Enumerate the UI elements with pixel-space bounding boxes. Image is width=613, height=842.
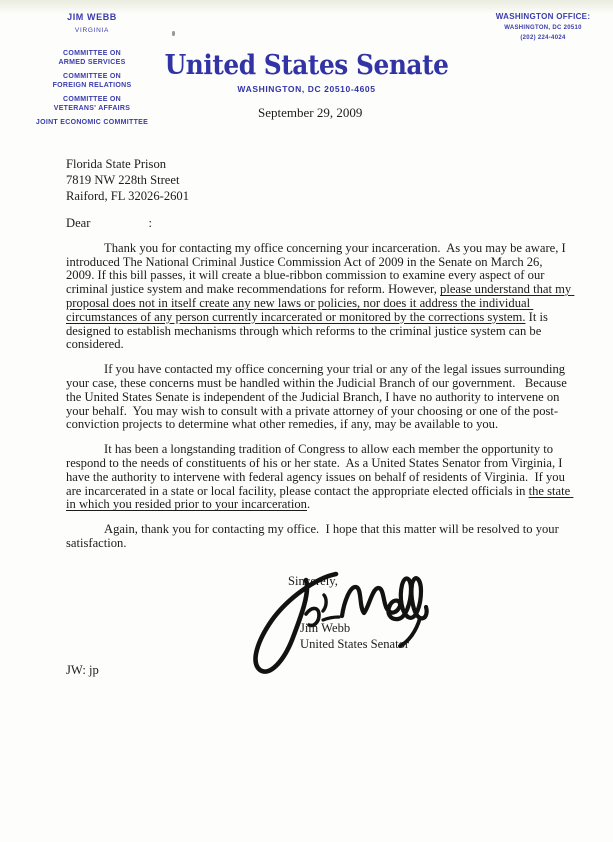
signature-block: Jim Webb United States Senator bbox=[300, 620, 409, 652]
washington-office-title: WASHINGTON OFFICE: bbox=[478, 12, 608, 21]
committee-line: COMMITTEE ON bbox=[16, 95, 168, 104]
senate-masthead: United States Senate WASHINGTON, DC 2051… bbox=[0, 50, 613, 94]
washington-office-block: WASHINGTON OFFICE: WASHINGTON, DC 20510 … bbox=[478, 12, 608, 41]
salutation-colon: : bbox=[148, 216, 152, 230]
signed-name: Jim Webb bbox=[300, 620, 409, 636]
salutation-prefix: Dear bbox=[66, 216, 90, 230]
committee-joint-economic: JOINT ECONOMIC COMMITTEE bbox=[16, 118, 168, 127]
signed-title: United States Senator bbox=[300, 636, 409, 652]
recipient-line-1: Florida State Prison bbox=[66, 156, 572, 172]
letter-body: Florida State Prison 7819 NW 228th Stree… bbox=[66, 156, 572, 551]
washington-office-address: WASHINGTON, DC 20510 bbox=[478, 25, 608, 31]
reference-initials: JW: jp bbox=[66, 663, 99, 678]
masthead-address: WASHINGTON, DC 20510-4605 bbox=[0, 84, 613, 94]
recipient-line-2: 7819 NW 228th Street bbox=[66, 172, 572, 188]
sender-name: JIM WEBB bbox=[16, 12, 168, 22]
paragraph-2: If you have contacted my office concerni… bbox=[66, 363, 572, 432]
paragraph-1: Thank you for contacting my office conce… bbox=[66, 242, 572, 352]
salutation: Dear: bbox=[66, 217, 572, 231]
committee-veterans-affairs: COMMITTEE ON VETERANS' AFFAIRS bbox=[16, 95, 168, 113]
scanned-letter-page: JIM WEBB VIRGINIA COMMITTEE ON ARMED SER… bbox=[0, 0, 613, 842]
washington-office-phone: (202) 224-4024 bbox=[478, 35, 608, 41]
masthead-title: United States Senate bbox=[25, 50, 589, 81]
sender-state: VIRGINIA bbox=[16, 27, 168, 34]
paragraph-3: It has been a longstanding tradition of … bbox=[66, 443, 572, 512]
committee-line: VETERANS' AFFAIRS bbox=[16, 104, 168, 113]
scan-speck bbox=[172, 31, 175, 36]
paragraph-4: Again, thank you for contacting my offic… bbox=[66, 523, 572, 551]
recipient-line-3: Raiford, FL 32026-2601 bbox=[66, 188, 572, 204]
letter-date: September 29, 2009 bbox=[258, 105, 362, 121]
p3-text: It has been a longstanding tradition of … bbox=[66, 442, 568, 497]
committee-line: JOINT ECONOMIC COMMITTEE bbox=[16, 118, 168, 127]
p3-text-end: . bbox=[307, 497, 310, 511]
